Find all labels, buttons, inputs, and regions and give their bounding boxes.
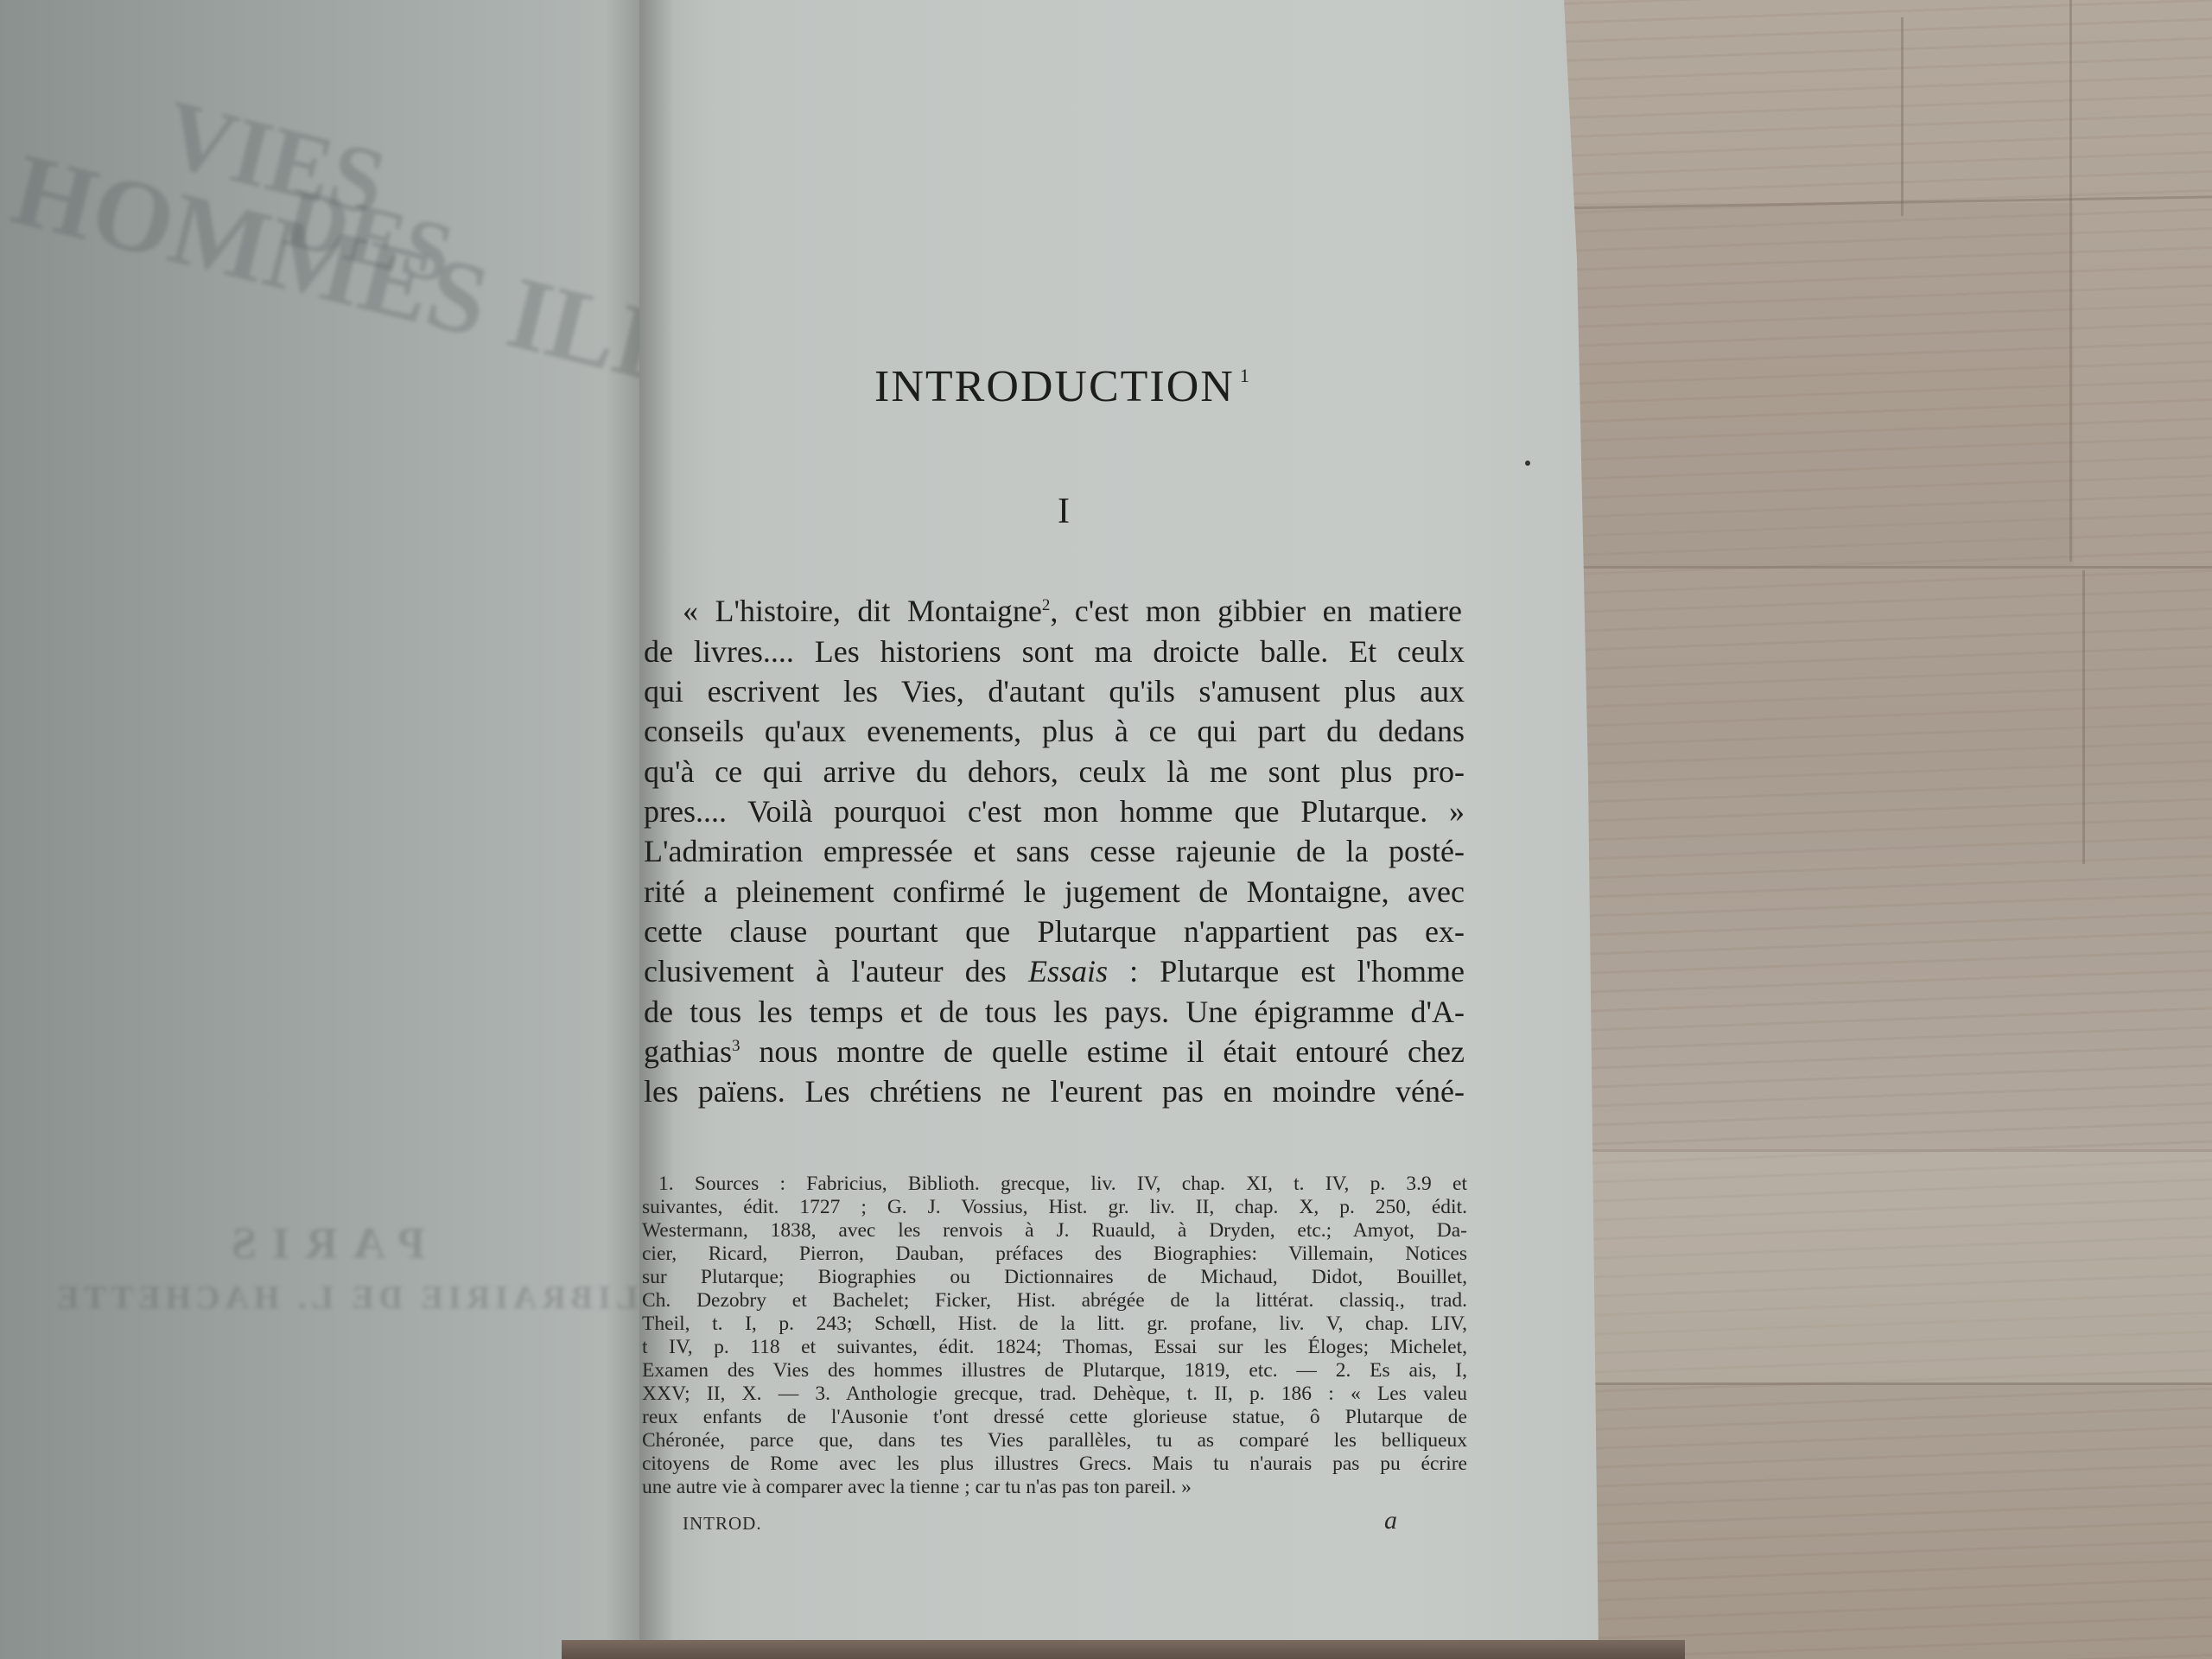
body-line: rité a pleinement confirmé le jugement d… — [644, 874, 1465, 910]
footnote-line: une autre vie à comparer avec la tienne … — [642, 1476, 1467, 1499]
footnote-line: suivantes, édit. 1727 ; G. J. Vossius, H… — [642, 1196, 1467, 1219]
body-line: pres.... Voilà pourquoi c'est mon homme … — [644, 793, 1465, 829]
body-line: qu'à ce qui arrive du dehors, ceulx là m… — [644, 753, 1465, 790]
book-bottom-edge — [562, 1640, 1685, 1659]
footnote-line: XXV; II, X. — 3. Anthologie grecque, tra… — [642, 1382, 1467, 1406]
footnote-line: 1. Sources : Fabricius, Biblioth. grecqu… — [658, 1173, 1467, 1196]
footnote-line: Ch. Dezobry et Bachelet; Ficker, Hist. a… — [642, 1289, 1467, 1313]
footnote-line: sur Plutarque; Biographies ou Dictionnai… — [642, 1266, 1467, 1289]
plank-seam — [1555, 566, 2212, 569]
footnote-line: Westermann, 1838, avec les renvois à J. … — [642, 1219, 1467, 1243]
page-edge-shadow — [605, 0, 644, 1659]
bleed-through-text: PARIS — [216, 1218, 425, 1269]
body-line: conseils qu'aux evenements, plus à ce qu… — [644, 713, 1465, 749]
body-line: les païens. Les chrétiens ne l'eurent pa… — [644, 1073, 1465, 1109]
left-page: VIES DES HOMMES ILLUSTRES PARIS LIBRAIRI… — [0, 0, 639, 1659]
plank-seam — [1901, 17, 1904, 216]
plank-seam — [1573, 1382, 2212, 1385]
footnote-ref: 1 — [1240, 365, 1251, 386]
gathering-letter: a — [1384, 1506, 1397, 1535]
body-line: L'admiration empressée et sans cesse raj… — [644, 833, 1465, 869]
footnote-line: cier, Ricard, Pierron, Dauban, préfaces … — [642, 1243, 1467, 1266]
footnote-line: Chéronée, parce que, dans tes Vies paral… — [642, 1429, 1467, 1452]
footnote-line: citoyens de Rome avec les plus illustres… — [642, 1452, 1467, 1476]
bleed-through-text: LIBRAIRIE DE L. HACHETTE — [52, 1279, 638, 1317]
chapter-title: INTRODUCTION1 — [874, 361, 1251, 412]
footnote-line: Theil, t. I, p. 243; Schœll, Hist. de la… — [642, 1313, 1467, 1336]
body-line: clusivement à l'auteur des Essais : Plut… — [644, 953, 1465, 989]
wood-grain-patch — [1573, 1149, 2212, 1382]
body-line: gathias3 nous montre de quelle estime il… — [644, 1033, 1465, 1070]
footnote-line: Examen des Vies des hommes illustres de … — [642, 1359, 1467, 1382]
body-line: « L'histoire, dit Montaigne2, c'est mon … — [683, 593, 1462, 629]
footnote-line: t IV, p. 118 et suivantes, édit. 1824; T… — [642, 1336, 1467, 1359]
body-line: de livres.... Les historiens sont ma dro… — [644, 633, 1465, 670]
body-line: de tous les temps et de tous les pays. U… — [644, 994, 1465, 1030]
plank-seam — [2082, 570, 2085, 864]
footnote-line: reux enfants de l'Ausonie t'ont dressé c… — [642, 1406, 1467, 1429]
body-line: cette clause pourtant que Plutarque n'ap… — [644, 913, 1465, 950]
body-line: qui escrivent les Vies, d'autant qu'ils … — [644, 673, 1465, 709]
section-number: I — [1058, 491, 1070, 532]
signature-mark: INTROD. — [683, 1513, 762, 1535]
wood-grain-patch — [1555, 203, 2074, 566]
paper-speck — [1525, 461, 1530, 466]
